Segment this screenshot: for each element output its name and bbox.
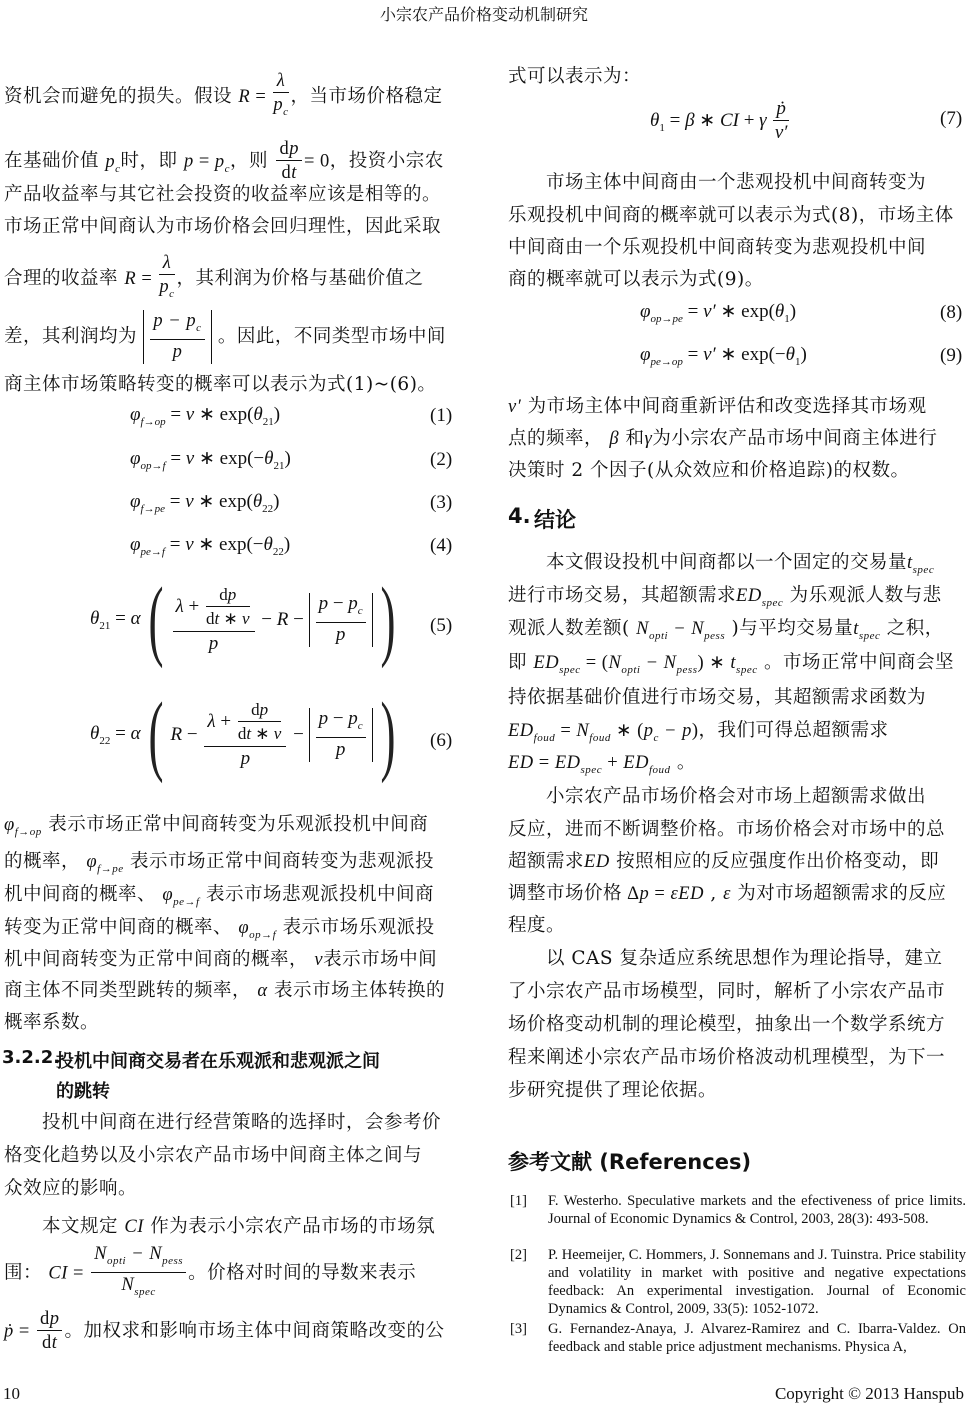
- text-line: 转变为正常中间商的概率、 φop→f 表示市场乐观派投: [4, 913, 435, 941]
- text-line: 市场正常中间商认为市场价格会回归理性，因此采取: [4, 212, 441, 238]
- equation-number: (8): [940, 302, 962, 324]
- section-number: 4.: [508, 504, 531, 528]
- references-heading: 参考文献 (References): [508, 1146, 751, 1176]
- text-line: 点的频率， β 和γ为小宗农产品市场中间商主体进行: [508, 424, 937, 450]
- section-number: 3.2.2.: [2, 1047, 60, 1068]
- equation-4: φpe→f = v ∗ exp(−θ22): [130, 533, 290, 558]
- text-line: 的概率， φf→pe 表示市场正常中间商转变为悲观派投: [4, 847, 434, 875]
- text-line: 场价格变动机制的理论模型，抽象出一个数学系统方: [508, 1010, 945, 1036]
- text-line: 即 EDspec = (Nopti − Npess) ∗ tspec 。市场正常…: [508, 648, 954, 676]
- text-line: 商的概率就可以表示为式(9)。: [508, 265, 764, 291]
- equation-7: θ1 = β ∗ CI + γ ṗv′: [650, 98, 791, 145]
- text-line: 程来阐述小宗农产品市场价格波动机理模型，为下一: [508, 1043, 945, 1069]
- text-line: 本文假设投机中间商都以一个固定的交易量tspec: [546, 548, 934, 576]
- equation-number: (5): [430, 615, 452, 637]
- text-line: 差，其利润均为 p − pcp 。因此，不同类型市场中间: [4, 310, 446, 364]
- text-line: 产品收益率与其它社会投资的收益率应该是相等的。: [4, 180, 441, 206]
- text-line: 决策时 2 个因子(从众效应和价格追踪)的权数。: [508, 456, 909, 482]
- reference-item: [1] F. Westerho. Speculative markets and…: [510, 1192, 966, 1248]
- text-line: 围： CI = Nopti − NpessNspec。价格对时间的导数来表示: [4, 1243, 416, 1304]
- reference-item: [2] P. Heemeijer, C. Hommers, J. Sonnema…: [510, 1246, 966, 1320]
- equation-number: (4): [430, 535, 452, 557]
- equation-number: (2): [430, 449, 452, 471]
- equation-9: φpe→op = v′ ∗ exp(−θ1): [640, 343, 807, 368]
- text-line: 以 CAS 复杂适应系统思想作为理论指导，建立: [546, 944, 942, 970]
- equation-2: φop→f = v ∗ exp(−θ21): [130, 447, 291, 472]
- text-line: 在基础价值 pc时，即 p = pc，则 dpdt= 0，投资小宗农: [4, 138, 444, 185]
- page-number: 10: [3, 1384, 20, 1404]
- text-line: v′ 为市场主体中间商重新评估和改变选择其市场观: [508, 392, 927, 418]
- text-line: 反应，进而不断调整价格。市场价格会对市场中的总: [508, 815, 945, 841]
- text-line: 小宗农产品市场价格会对市场上超额需求做出: [546, 782, 926, 808]
- reference-item: [3] G. Fernandez-Anaya, J. Alvarez-Ramir…: [510, 1320, 966, 1360]
- text-line: 步研究提供了理论依据。: [508, 1076, 717, 1102]
- equation-number: (3): [430, 492, 452, 514]
- text-line: 机中间商的概率、 φpe→f 表示市场悲观派投机中间商: [4, 880, 434, 908]
- fraction-lambda-pc: λpc: [273, 70, 288, 124]
- equation-number: (7): [940, 108, 962, 130]
- text-line: 式可以表示为：: [508, 62, 641, 88]
- text-line: 众效应的影响。: [4, 1174, 137, 1200]
- text-line: 持依据基础价值进行市场交易，其超额需求函数为: [508, 683, 926, 709]
- text-line: φf→op 表示市场正常中间商转变为乐观派投机中间商: [4, 810, 428, 838]
- equation-8: φop→pe = v′ ∗ exp(θ1): [640, 300, 796, 325]
- equation-number: (1): [430, 405, 452, 427]
- text-line: 投机中间商在进行经营策略的选择时，会参考价: [42, 1108, 441, 1134]
- text-line: 商主体市场策略转变的概率可以表示为式(1)~(6)。: [4, 370, 436, 396]
- text-line: ED = EDspec + EDfoud 。: [508, 748, 696, 776]
- text-line: 中间商由一个乐观投机中间商转变为悲观投机中间: [508, 233, 926, 259]
- equation-1: φf→op = v ∗ exp(θ21): [130, 403, 280, 428]
- section-heading: 结论: [534, 504, 576, 534]
- text-line: 调整市场价格 Δp = εED , ε 为对市场超额需求的反应: [508, 879, 946, 905]
- text-line: 商主体不同类型跳转的频率， α 表示市场主体转换的: [4, 976, 445, 1002]
- copyright: Copyright © 2013 Hanspub: [775, 1384, 964, 1404]
- text-line: 资机会而避免的损失。假设 R = λpc，当市场价格稳定: [4, 70, 443, 124]
- section-heading: 投机中间商交易者在乐观派和悲观派之间: [56, 1047, 380, 1073]
- text-line: 程度。: [508, 911, 565, 937]
- running-header: 小宗农产品价格变动机制研究: [0, 2, 968, 25]
- text-line: EDfoud = Nfoud ∗ (pc − p)，我们可得总超额需求: [508, 716, 889, 744]
- text-line: 机中间商转变为正常中间商的概率， v表示市场中间: [4, 945, 437, 971]
- text-line: ṗ = dpdt。加权求和影响市场主体中间商策略改变的公: [4, 1308, 444, 1355]
- text-line: 市场主体中间商由一个悲观投机中间商转变为: [546, 168, 926, 194]
- text-line: 进行市场交易，其超额需求EDspec 为乐观派人数与悲: [508, 581, 942, 609]
- equation-6: θ22 = α(R − λ + dpdt ∗ vp − p − pcp): [90, 690, 403, 790]
- text-line: 概率系数。: [4, 1008, 99, 1034]
- text-line: 观派人数差额( Nopti − Npess )与平均交易量tspec 之积，: [508, 614, 944, 642]
- math-R: R: [238, 87, 250, 107]
- text-line: 乐观投机中间商的概率就可以表示为式(8)，市场主体: [508, 201, 954, 227]
- equation-number: (9): [940, 345, 962, 367]
- text-line: 格变化趋势以及小宗农产品市场中间商主体之间与: [4, 1141, 422, 1167]
- equation-number: (6): [430, 730, 452, 752]
- fraction-dp-dt: dpdt: [276, 138, 302, 185]
- text-line: 本文规定 CI 作为表示小宗农产品市场的市场氛: [42, 1212, 435, 1238]
- text-line: 超额需求ED 按照相应的反应强度作出价格变动，即: [508, 847, 939, 873]
- text-line: 合理的收益率 R = λpc，其利润为价格与基础价值之: [4, 252, 424, 306]
- section-heading: 的跳转: [56, 1077, 110, 1103]
- equation-3: φf→pe = v ∗ exp(θ22): [130, 490, 279, 515]
- equation-5: θ21 = α(λ + dpdt ∗ vp − R − p − pcp): [90, 575, 403, 675]
- text-line: 了小宗农产品市场模型，同时，解析了小宗农产品市: [508, 977, 945, 1003]
